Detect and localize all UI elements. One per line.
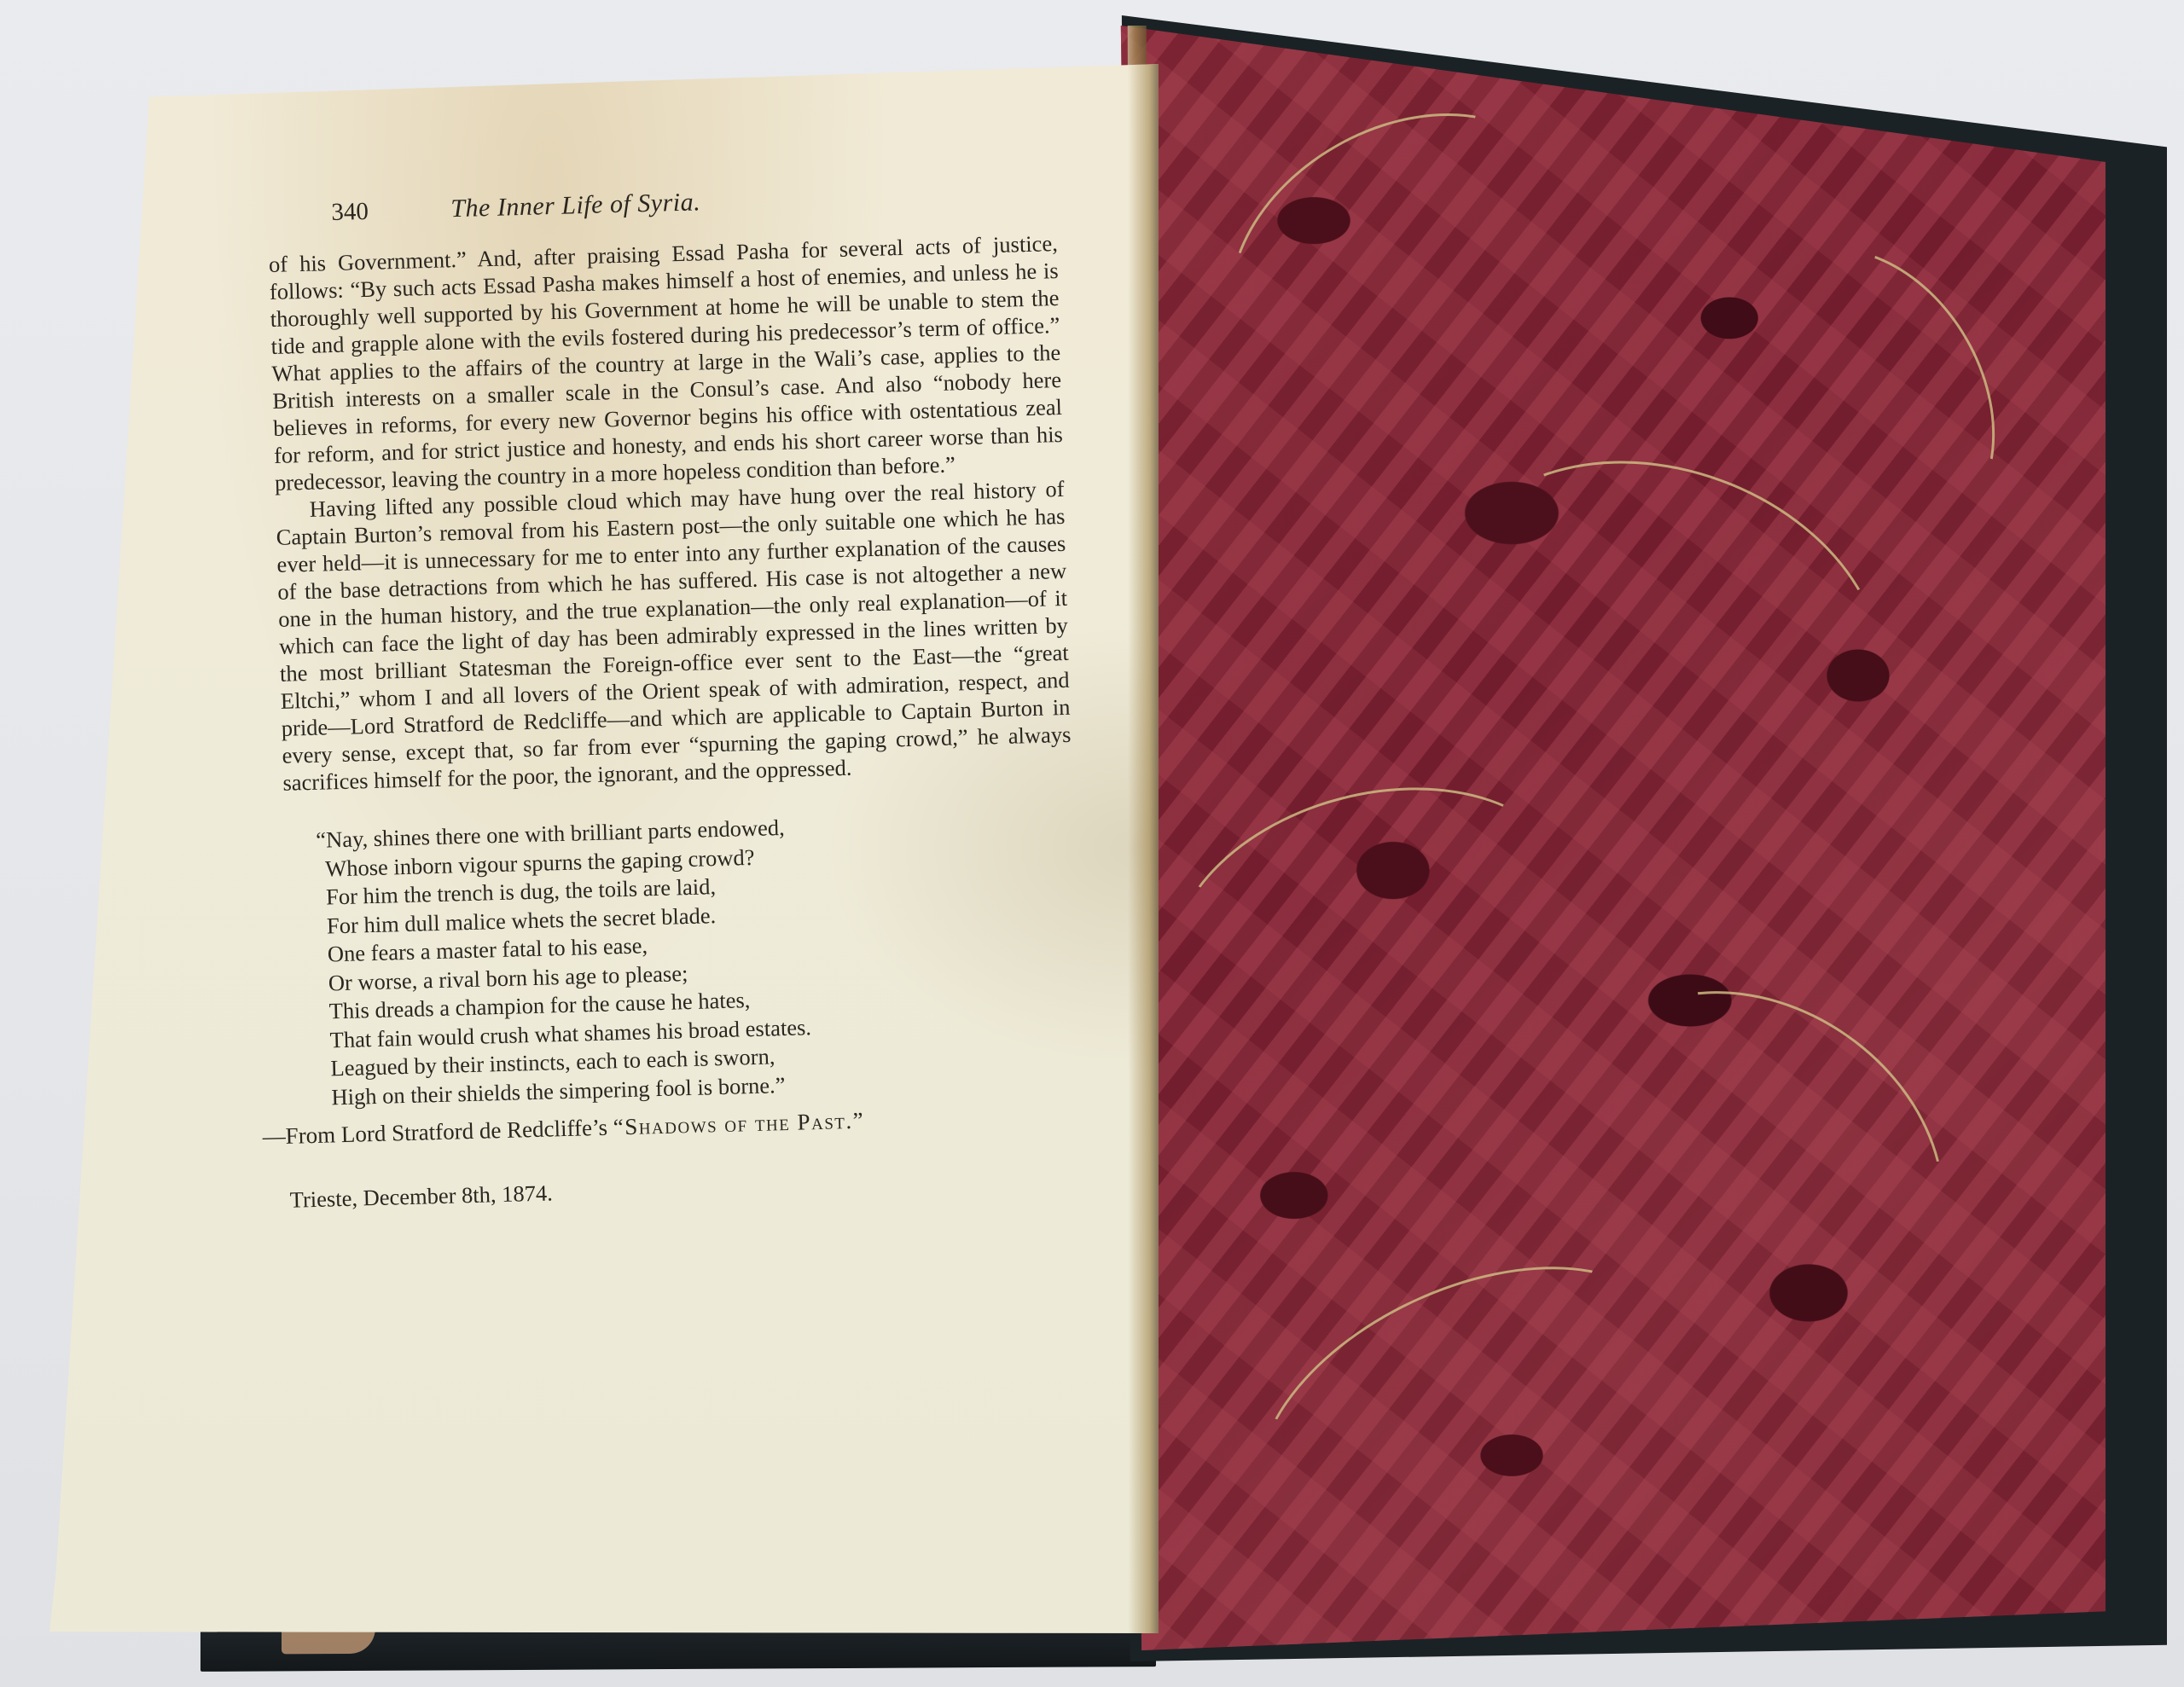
marble-vein [1138, 745, 1611, 1121]
place-date: Trieste, December 8th, 1874. [289, 1166, 1083, 1214]
attribution-prefix: —From Lord Stratford de Redcliffe’s [262, 1114, 613, 1149]
running-title: The Inner Life of Syria. [450, 188, 701, 223]
body-text: of his Government.” And, after praising … [239, 229, 1072, 797]
marbled-endpaper [1116, 26, 2106, 1650]
poem-quote: “Nay, shines there one with brilliant pa… [324, 806, 1081, 1112]
photo-scene: 340 The Inner Life of Syria. of his Gove… [0, 0, 2184, 1687]
paragraph: of his Government.” And, after praising … [269, 229, 1064, 496]
attribution-work: “Shadows of the Past.” [613, 1108, 864, 1140]
marble-vein [1177, 55, 1623, 462]
page-text-block: 340 The Inner Life of Syria. of his Gove… [237, 178, 1083, 1215]
paragraph: Having lifted any possible cloud which m… [275, 475, 1072, 797]
left-book-page: 340 The Inner Life of Syria. of his Gove… [49, 64, 1159, 1633]
page-number: 340 [237, 195, 451, 229]
